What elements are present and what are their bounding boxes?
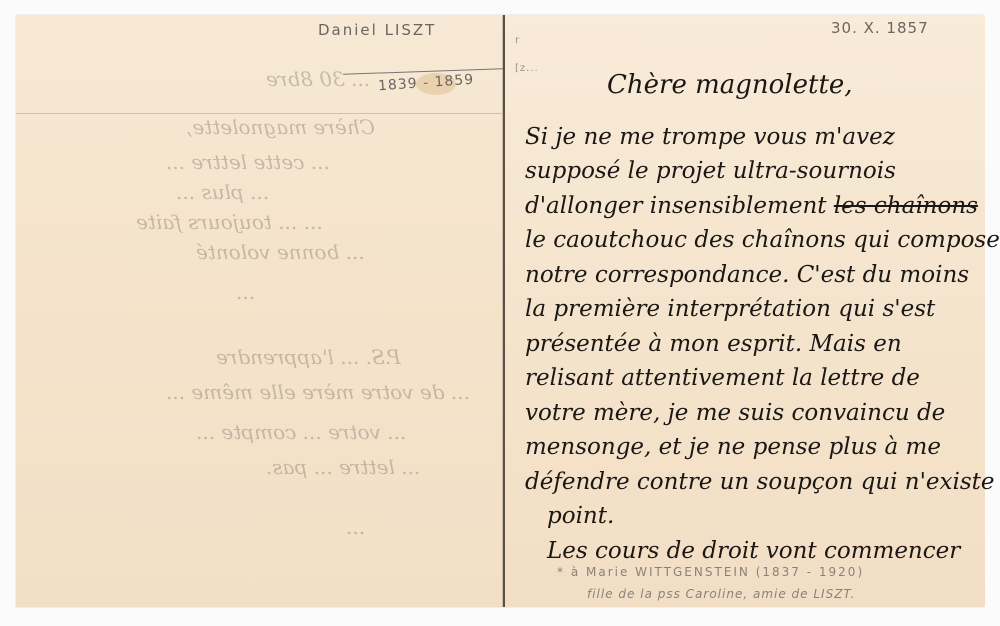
letter-body: Chère magnolette, Si je ne me trompe vou…	[525, 120, 975, 568]
archive-years-note: 1839 - 1859	[378, 72, 475, 95]
letter-line: supposé le projet ultra-sournois	[525, 154, 975, 189]
bleed-line: ... plus ...	[176, 180, 269, 204]
struck-text: les chaînons	[834, 193, 978, 219]
bleed-line: ... votre ... compte ...	[196, 420, 406, 444]
letter-line: Les cours de droit vont commencer	[525, 534, 975, 569]
letter-sheet: Daniel LISZT 1839 - 1859 ... 30 8bre Chè…	[16, 15, 983, 607]
archive-footnote: fille de la pss Caroline, amie de LISZT.	[587, 587, 855, 601]
letter-line: mensonge, et je ne pense plus à me	[525, 430, 975, 465]
letter-line: notre correspondance. C'est du moins	[525, 258, 975, 293]
bleed-line: ... ... toujours faite	[136, 210, 323, 234]
bleed-line: ... lettre ... pas.	[266, 455, 420, 479]
archive-name-note: Daniel LISZT	[318, 21, 436, 39]
fold-crease	[16, 113, 502, 114]
bleed-line: ...	[346, 515, 365, 539]
letter-line: d'allonger insensiblement les chaînons	[525, 189, 975, 224]
right-page: 30. X. 1857 r [z... Chère magnolette, Si…	[503, 15, 985, 607]
archive-footnote: * à Marie WITTGENSTEIN (1837 - 1920)	[557, 565, 864, 579]
left-page: Daniel LISZT 1839 - 1859 ... 30 8bre Chè…	[16, 15, 503, 607]
letter-line: relisant attentivement la lettre de	[525, 361, 975, 396]
bleed-line: ... bonne volonté	[196, 240, 365, 264]
letter-line: la première interprétation qui s'est	[525, 292, 975, 327]
bleed-line: ... de votre mère elle même ...	[166, 380, 470, 404]
archive-date-note: 30. X. 1857	[831, 19, 929, 37]
salutation: Chère magnolette,	[525, 68, 975, 103]
letter-line: votre mère, je me suis convaincu de	[525, 396, 975, 431]
letter-line: présentée à mon esprit. Mais en	[525, 327, 975, 362]
margin-mark: r	[515, 35, 520, 46]
bleed-line: Chère magnolette,	[186, 115, 375, 139]
letter-line: Si je ne me trompe vous m'avez	[525, 120, 975, 155]
letter-text: d'allonger insensiblement	[525, 193, 834, 219]
bleed-line: ...	[236, 280, 255, 304]
letter-line: point.	[525, 499, 975, 534]
letter-line: défendre contre un soupçon qui n'existe	[525, 465, 975, 500]
bleed-line: ... cette lettre ...	[166, 150, 330, 174]
letter-line: le caoutchouc des chaînons qui composent	[525, 223, 975, 258]
bleed-line: P.S. ... l'apprendre	[216, 345, 401, 369]
bleed-line: ... 30 8bre	[266, 67, 370, 91]
